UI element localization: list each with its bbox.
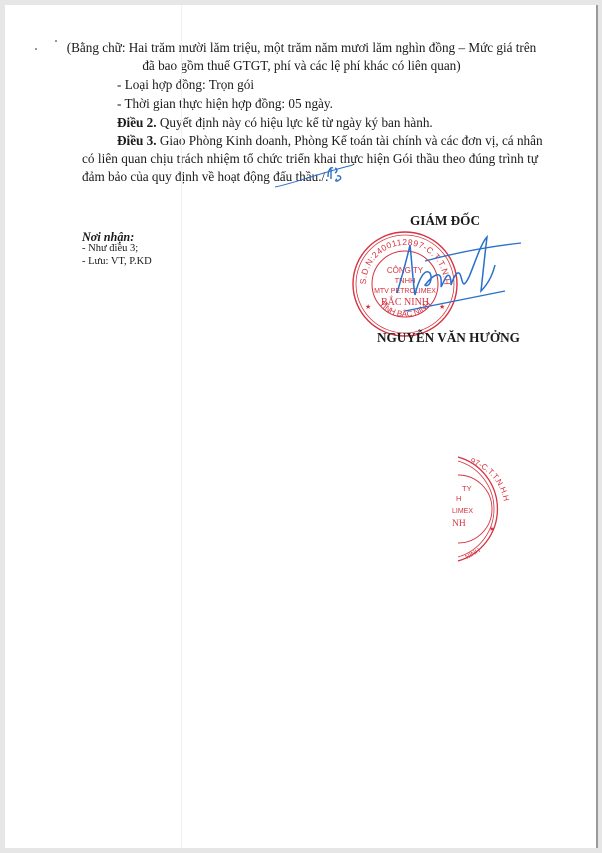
signer-name: NGUYỄN VĂN HƯỞNG bbox=[377, 330, 520, 346]
svg-text:TY: TY bbox=[462, 484, 472, 493]
svg-text:★: ★ bbox=[365, 303, 371, 311]
svg-text:NINH: NINH bbox=[464, 547, 482, 561]
svg-text:NH: NH bbox=[452, 519, 466, 529]
svg-text:97-C.T.T.N.H.H: 97-C.T.T.N.H.H bbox=[469, 456, 511, 502]
article-3-label: Điều 3. bbox=[117, 133, 157, 148]
price-in-words-line1: (Bằng chữ: Hai trăm mười lăm triệu, một … bbox=[5, 40, 598, 56]
svg-text:H: H bbox=[456, 494, 461, 503]
article-3-text: Giao Phòng Kinh doanh, Phòng Kế toán tài… bbox=[157, 133, 543, 148]
contract-duration: - Thời gian thực hiện hợp đồng: 05 ngày. bbox=[117, 96, 333, 112]
document-page: (Bằng chữ: Hai trăm mười lăm triệu, một … bbox=[5, 5, 598, 848]
svg-text:★: ★ bbox=[489, 525, 495, 533]
contract-type: - Loại hợp đồng: Trọn gói bbox=[117, 77, 254, 93]
recipient-item: - Lưu: VT, P.KD bbox=[82, 256, 152, 269]
partial-seal-icon: 97-C.T.T.N.H.H TY H LIMEX NH ★ NINH bbox=[450, 453, 520, 565]
article-2: Điều 2. Quyết định này có hiệu lực kể từ… bbox=[117, 115, 433, 131]
article-2-text: Quyết định này có hiệu lực kể từ ngày ký… bbox=[157, 115, 433, 130]
scan-fold-line bbox=[181, 5, 182, 848]
price-in-words-line2: đã bao gồm thuế GTGT, phí và các lệ phí … bbox=[5, 58, 598, 74]
recipient-item: - Như điều 3; bbox=[82, 243, 138, 256]
svg-text:LIMEX: LIMEX bbox=[452, 508, 473, 515]
initials-signature-icon bbox=[245, 155, 355, 195]
signer-position: GIÁM ĐỐC bbox=[410, 213, 480, 229]
director-signature-icon bbox=[385, 233, 525, 323]
article-2-label: Điều 2. bbox=[117, 115, 157, 130]
